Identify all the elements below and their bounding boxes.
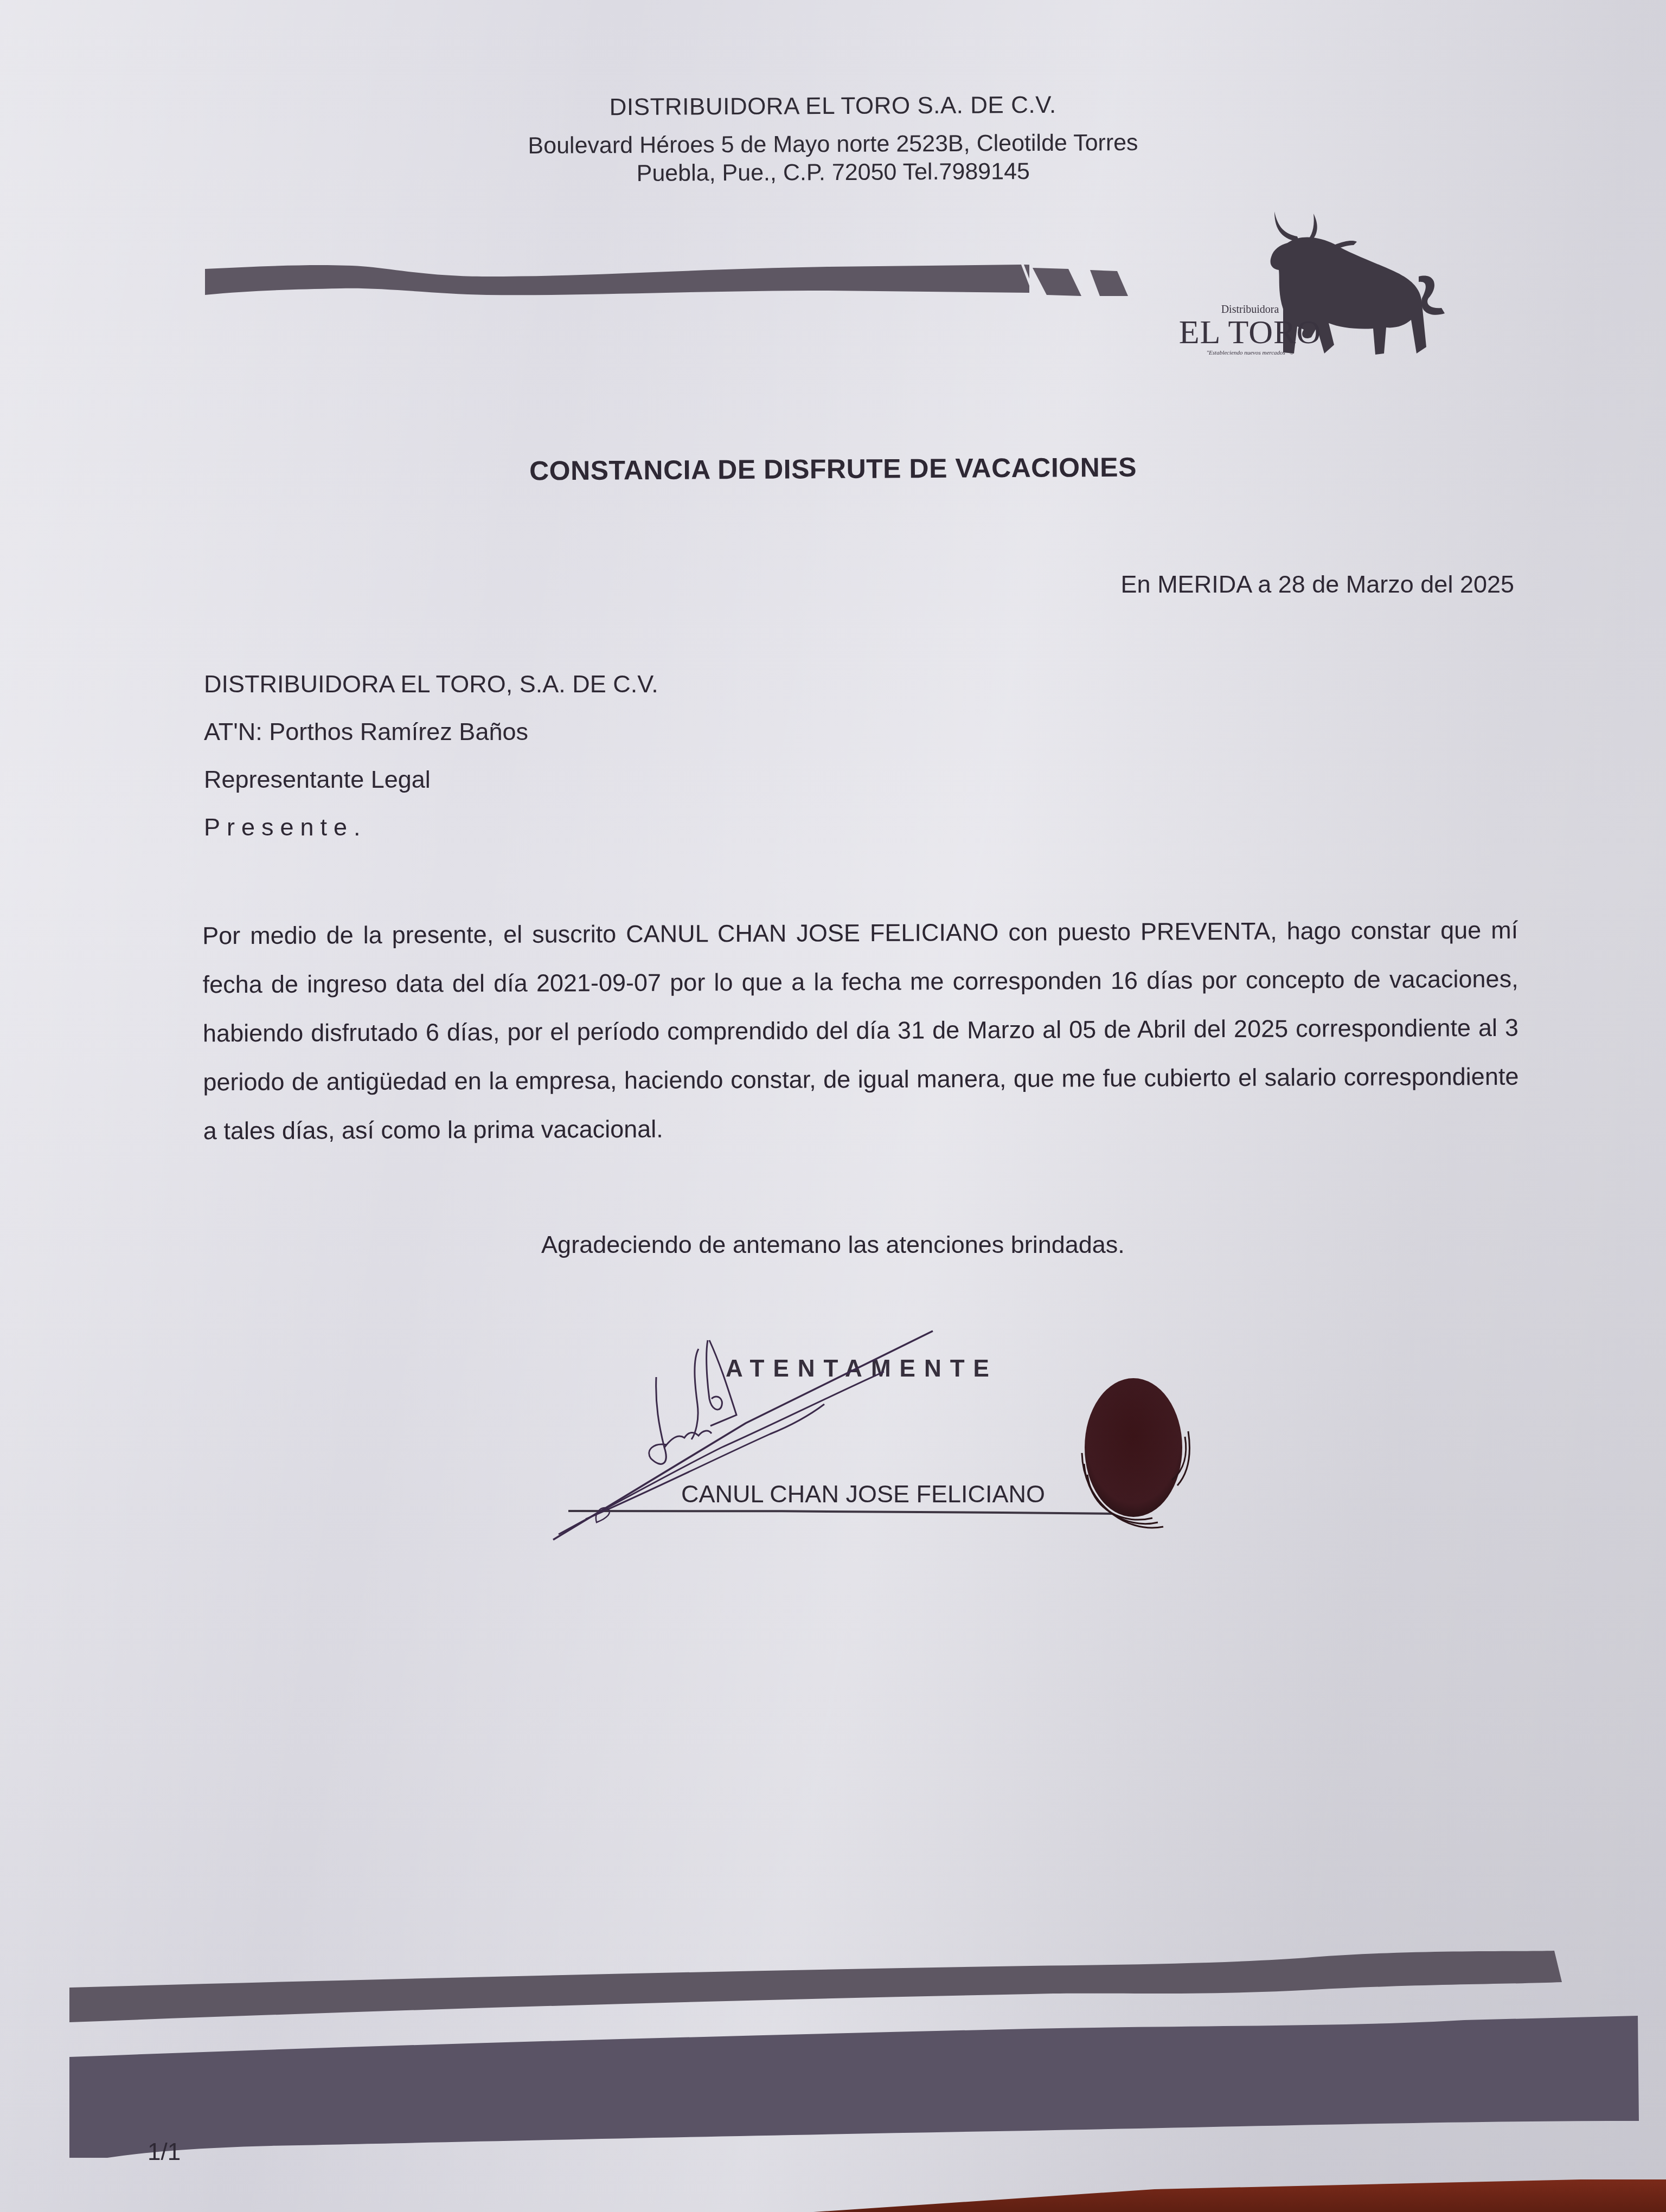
- addressee-company: DISTRIBUIDORA EL TORO, S.A. DE C.V.: [204, 660, 658, 708]
- addressee-block: DISTRIBUIDORA EL TORO, S.A. DE C.V. AT'N…: [204, 660, 658, 851]
- addressee-greeting: Presente.: [204, 803, 658, 851]
- closing-line: Agradeciendo de antemano las atenciones …: [0, 1231, 1666, 1259]
- addressee-attention: AT'N: Porthos Ramírez Baños: [204, 708, 658, 756]
- page-number: 1/1: [148, 2139, 181, 2166]
- addressee-role: Representante Legal: [204, 756, 658, 803]
- place-date: En MERIDA a 28 de Marzo del 2025: [1121, 570, 1514, 599]
- letterhead: DISTRIBUIDORA EL TORO S.A. DE C.V. Boule…: [0, 88, 1666, 191]
- logo-brand: EL TORO: [1174, 316, 1326, 349]
- header-band: [205, 263, 1029, 297]
- fingerprint-mark: [1077, 1372, 1190, 1529]
- body-paragraph: Por medio de la presente, el suscrito CA…: [202, 906, 1519, 1156]
- header-band-stripes: [1025, 265, 1155, 298]
- footer-band: [0, 1930, 1666, 2158]
- logo-wordmark: Distribuidora EL TORO "Estableciendo nue…: [1174, 304, 1326, 357]
